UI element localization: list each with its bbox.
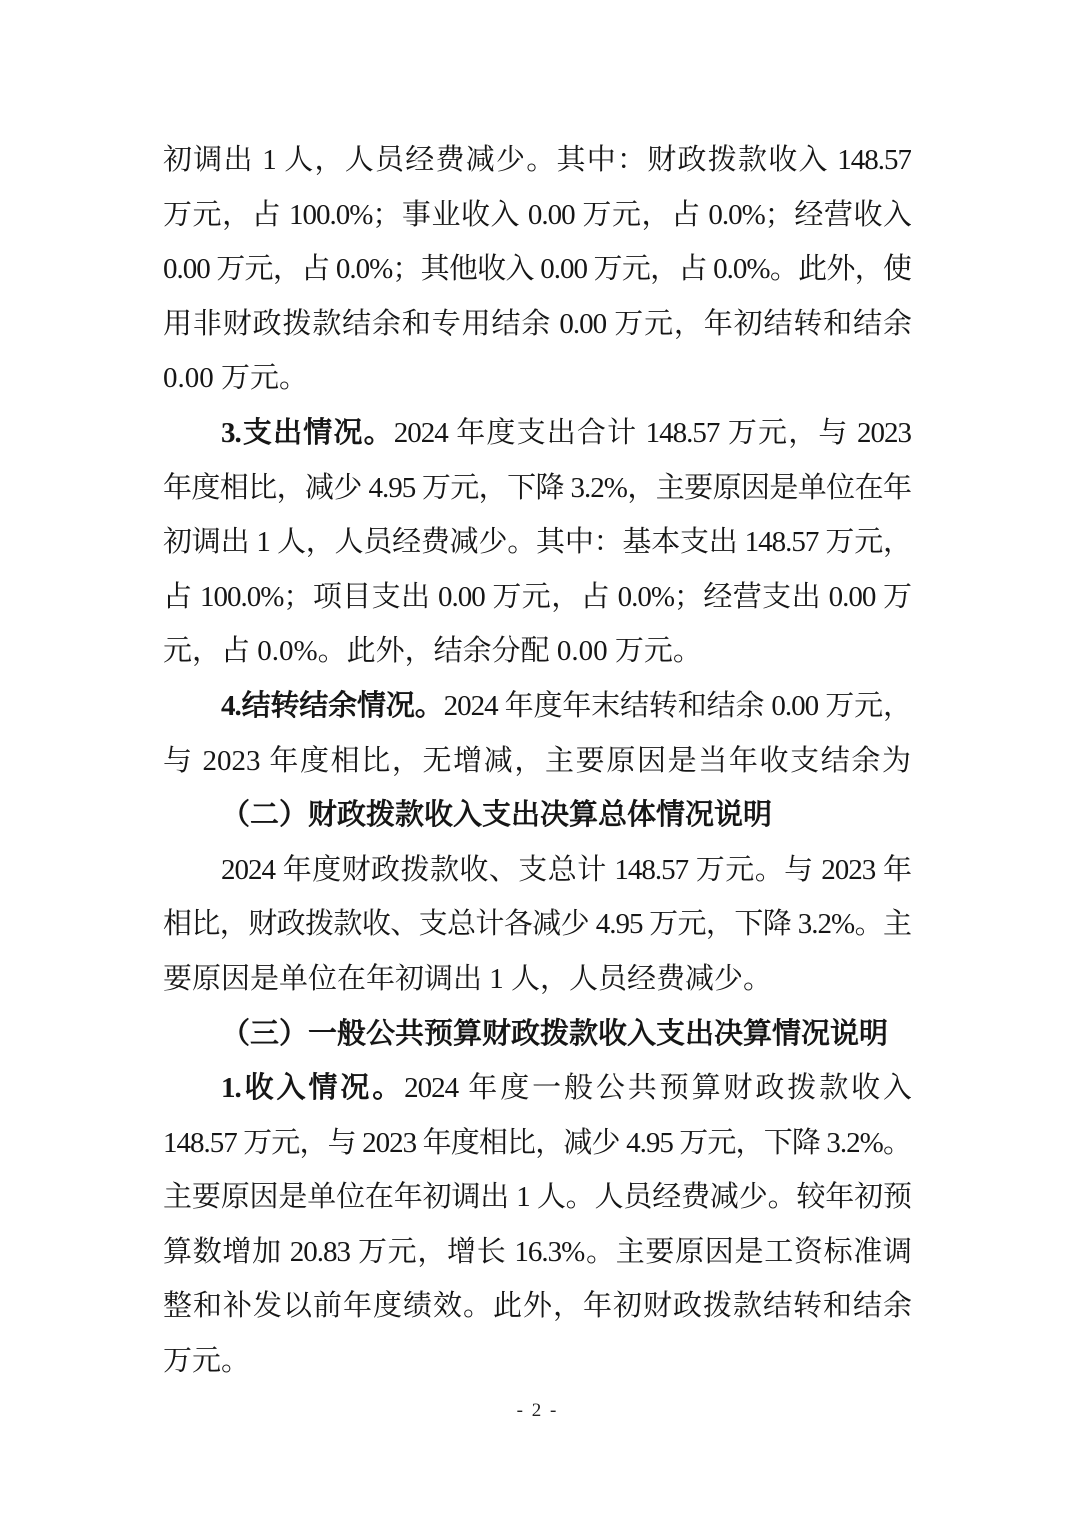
text-line: 相比，财政拨款收、支总计各减少 4.95 万元，下降 3.2%。主 [163,897,911,952]
text-run: 万元。 [163,1345,250,1377]
text-run: 整和补发以前年度绩效。此外，年初财政拨款结转和结余 0.00 [163,1290,911,1334]
document-body: 初调出 1 人，人员经费减少。其中：财政拨款收入 148.57万元，占 100.… [163,133,911,1389]
text-run: 2024 年度年末结转和结余 0.00 万元， [444,690,911,722]
text-run: 年度相比，减少 4.95 万元，下降 3.2%，主要原因是单位在年 [163,472,911,504]
text-line: 0.00 万元。 [163,351,911,406]
section-heading: （三）一般公共预算财政拨款收入支出决算情况说明 [163,1007,911,1062]
text-run: 初调出 1 人，人员经费减少。其中：财政拨款收入 148.57 [163,144,911,176]
text-line: 初调出 1 人，人员经费减少。其中：基本支出 148.57 万元， [163,515,911,570]
text-line: 148.57 万元，与 2023 年度相比，减少 4.95 万元，下降 3.2%… [163,1116,911,1171]
text-run: 初调出 1 人，人员经费减少。其中：基本支出 148.57 万元， [163,526,911,558]
text-run: 万元，占 100.0%；事业收入 0.00 万元，占 0.0%；经营收入 [163,199,911,231]
text-run: 相比，财政拨款收、支总计各减少 4.95 万元，下降 3.2%。主 [163,908,911,940]
text-line: 与 2023 年度相比，无增减，主要原因是当年收支结余为 0。 [163,734,911,789]
text-run: 要原因是单位在年初调出 1 人，人员经费减少。 [163,963,772,995]
text-run: 算数增加 20.83 万元，增长 16.3%。主要原因是工资标准调 [163,1236,911,1268]
text-line: 万元。 [163,1334,911,1389]
text-run: 2024 年度财政拨款收、支总计 148.57 万元。与 2023 年 [221,854,911,886]
text-run: 148.57 万元，与 2023 年度相比，减少 4.95 万元，下降 3.2%… [163,1127,911,1159]
bold-text-run: （二）财政拨款收入支出决算总体情况说明 [221,799,772,831]
bold-text-run: 3.支出情况。 [221,417,394,449]
text-line: 4.结转结余情况。2024 年度年末结转和结余 0.00 万元， [163,679,911,734]
text-run: 与 2023 年度相比，无增减，主要原因是当年收支结余为 0。 [163,745,911,789]
text-line: 0.00 万元，占 0.0%；其他收入 0.00 万元，占 0.0%。此外，使 [163,242,911,297]
text-line: 1.收入情况。2024 年度一般公共预算财政拨款收入 [163,1061,911,1116]
text-run: 2024 年度一般公共预算财政拨款收入 [404,1072,911,1104]
bold-text-run: （三）一般公共预算财政拨款收入支出决算情况说明 [221,1018,888,1050]
text-line: 年度相比，减少 4.95 万元，下降 3.2%，主要原因是单位在年 [163,461,911,516]
text-line: 万元，占 100.0%；事业收入 0.00 万元，占 0.0%；经营收入 [163,188,911,243]
text-run: 占 100.0%；项目支出 0.00 万元，占 0.0%；经营支出 0.00 万 [163,581,911,613]
bold-text-run: 1.收入情况。 [221,1072,404,1104]
text-line: 2024 年度财政拨款收、支总计 148.57 万元。与 2023 年 [163,843,911,898]
text-line: 整和补发以前年度绩效。此外，年初财政拨款结转和结余 0.00 [163,1279,911,1334]
text-run: 0.00 万元。 [163,362,308,394]
text-line: 用非财政拨款结余和专用结余 0.00 万元，年初结转和结余 [163,297,911,352]
text-line: 元，占 0.0%。此外，结余分配 0.00 万元。 [163,624,911,679]
text-line: 要原因是单位在年初调出 1 人，人员经费减少。 [163,952,911,1007]
page-number: - 2 - [0,1396,1075,1426]
text-line: 3.支出情况。2024 年度支出合计 148.57 万元，与 2023 [163,406,911,461]
bold-text-run: 4.结转结余情况。 [221,690,444,722]
text-run: 元，占 0.0%。此外，结余分配 0.00 万元。 [163,635,702,667]
text-line: 主要原因是单位在年初调出 1 人。人员经费减少。较年初预 [163,1170,911,1225]
text-run: 用非财政拨款结余和专用结余 0.00 万元，年初结转和结余 [163,308,911,340]
text-run: 0.00 万元，占 0.0%；其他收入 0.00 万元，占 0.0%。此外，使 [163,253,911,285]
text-run: 2024 年度支出合计 148.57 万元，与 2023 [394,417,911,449]
text-line: 算数增加 20.83 万元，增长 16.3%。主要原因是工资标准调 [163,1225,911,1280]
text-line: 初调出 1 人，人员经费减少。其中：财政拨款收入 148.57 [163,133,911,188]
section-heading: （二）财政拨款收入支出决算总体情况说明 [163,788,911,843]
text-run: 主要原因是单位在年初调出 1 人。人员经费减少。较年初预 [163,1181,911,1213]
document-page: 初调出 1 人，人员经费减少。其中：财政拨款收入 148.57万元，占 100.… [0,0,1075,1520]
text-line: 占 100.0%；项目支出 0.00 万元，占 0.0%；经营支出 0.00 万 [163,570,911,625]
